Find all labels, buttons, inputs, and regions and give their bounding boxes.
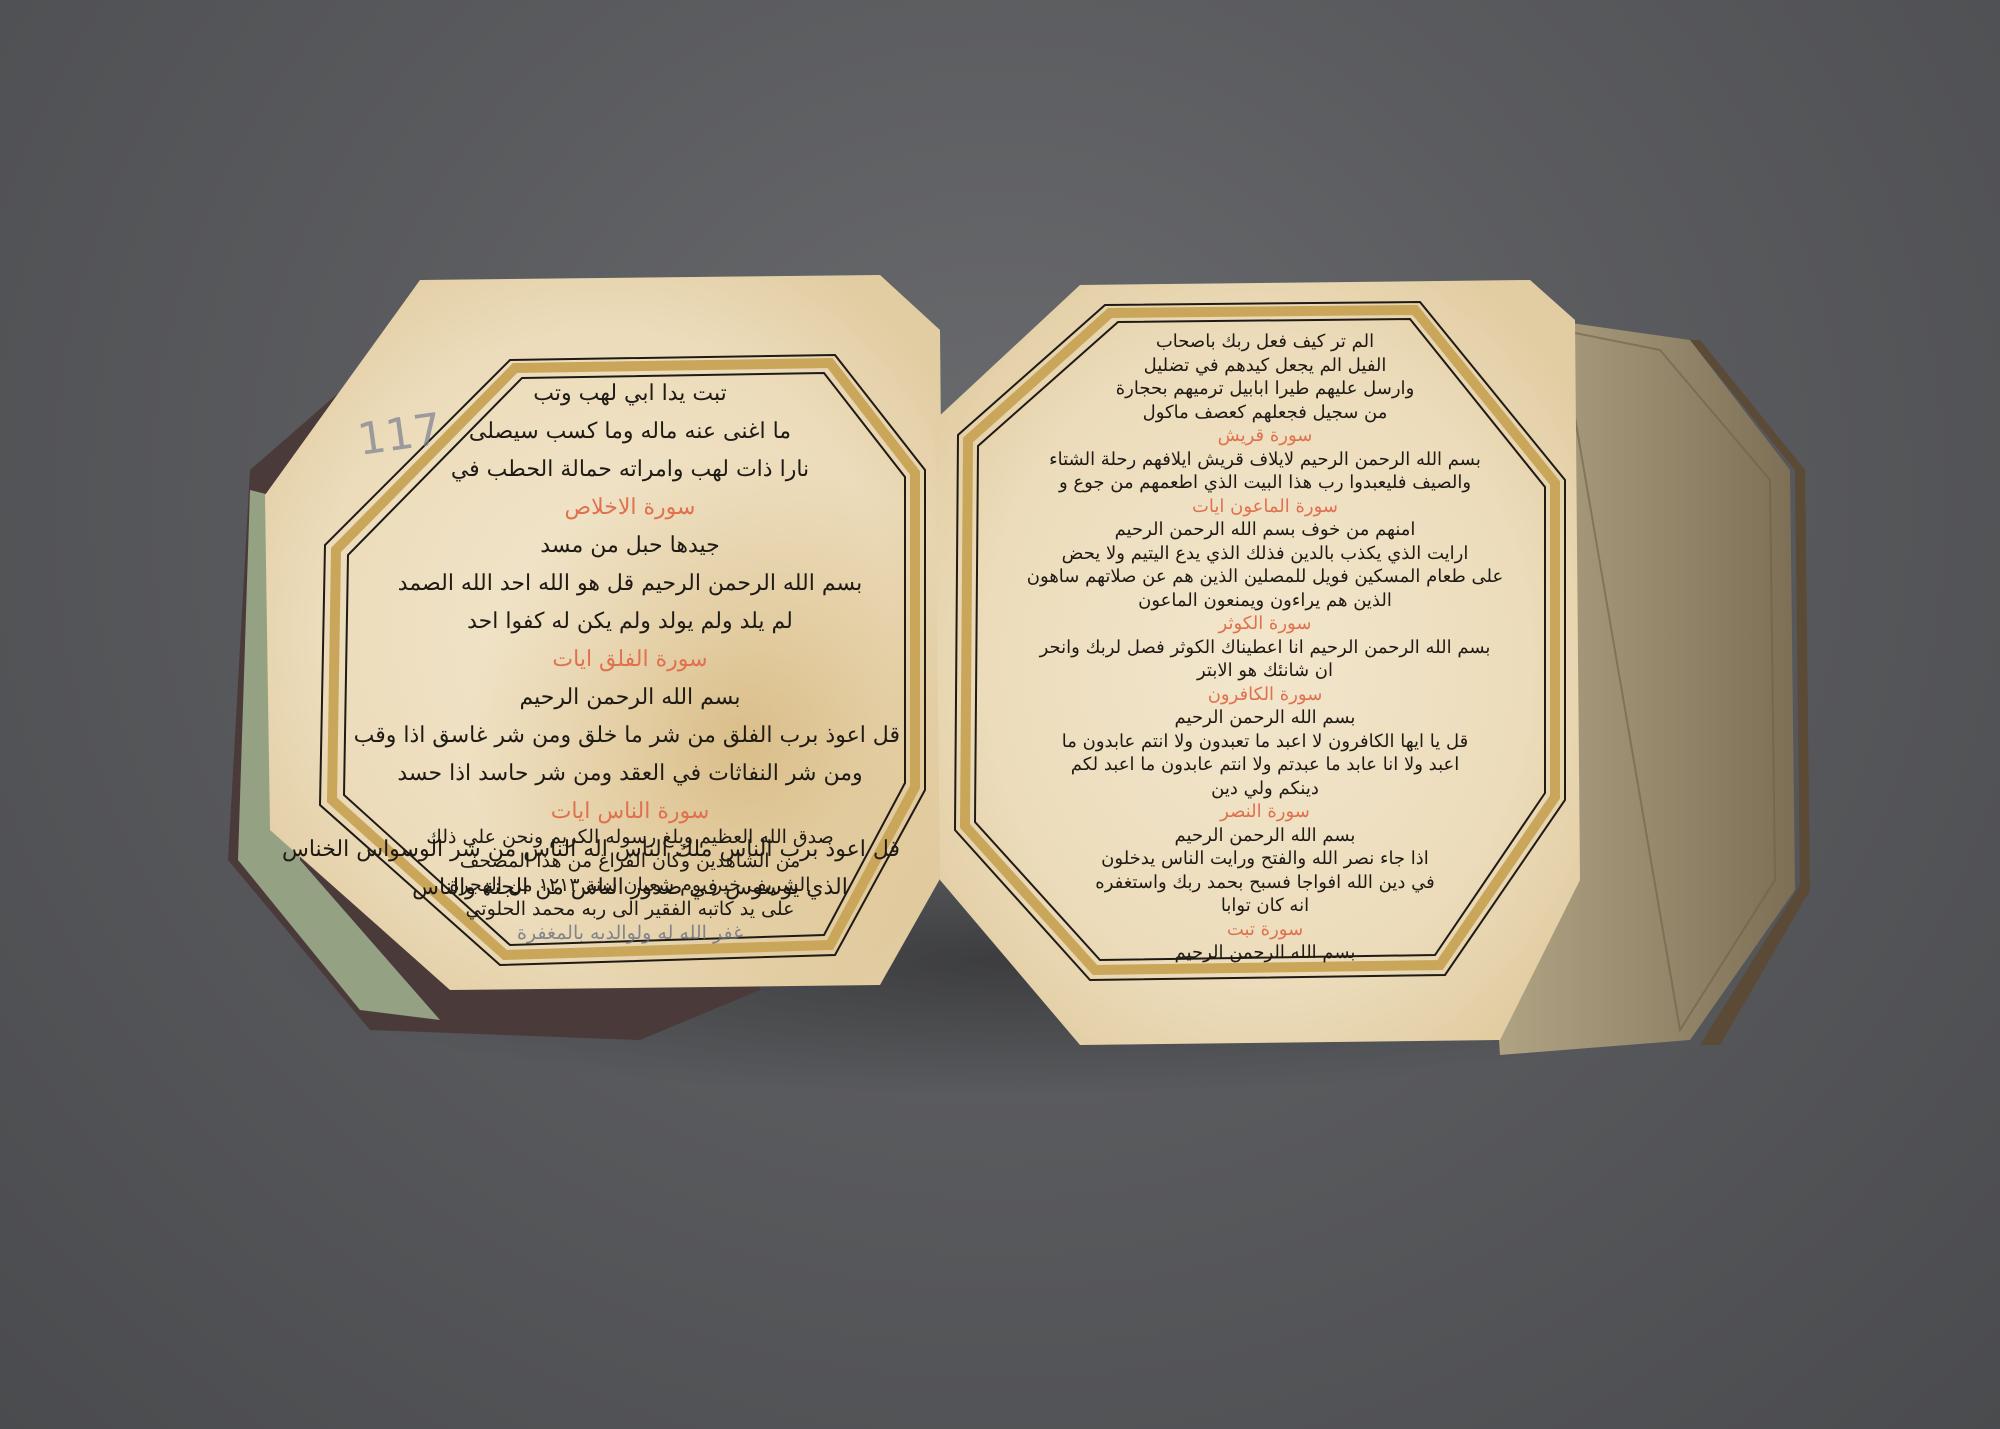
text-line: امنهم من خوف بسم الله الرحمن الرحيم	[985, 518, 1545, 542]
text-line: قل اعوذ برب الفلق من شر ما خلق ومن شر غا…	[360, 717, 900, 755]
text-line: الذين هم يراءون ويمنعون الماعون	[985, 589, 1545, 613]
text-line: والصيف فليعبدوا رب هذا البيت الذي اطعمهم…	[985, 471, 1545, 495]
colophon-line: من الشاهدين وكان الفراغ من هذا المصحف	[380, 849, 880, 873]
text-line: في دين الله افواجا فسبح بحمد ربك واستغفر…	[985, 871, 1545, 895]
text-line: بسم الله الرحمن الرحيم	[360, 679, 900, 717]
text-line: ومن شر النفاثات في العقد ومن شر حاسد اذا…	[360, 755, 900, 793]
text-line: بسم الله الرحمن الرحيم لايلاف قريش ايلاف…	[985, 448, 1545, 472]
text-line: جيدها حبل من مسد	[360, 527, 900, 565]
surah-heading: سورة الكافرون	[985, 683, 1545, 707]
text-line: دينكم ولي دين	[985, 777, 1545, 801]
text-line: بسم الله الرحمن الرحيم	[985, 941, 1545, 965]
right-page-text: الم تر كيف فعل ربك باصحاب الفيل الم يجعل…	[985, 330, 1545, 965]
text-line: اعبد ولا انا عابد ما عبدتم ولا انتم عابد…	[985, 753, 1545, 777]
surah-heading: سورة قريش	[985, 424, 1545, 448]
colophon-line: على يد كاتبه الفقير الى ربه محمد الحلوتي	[380, 897, 880, 921]
text-line: وارسل عليهم طيرا ابابيل ترميهم بحجارة	[985, 377, 1545, 401]
surah-heading: سورة تبت	[985, 918, 1545, 942]
text-line: تبت يدا ابي لهب وتب	[360, 375, 900, 413]
text-line: انه كان توابا	[985, 894, 1545, 918]
text-line: نارا ذات لهب وامراته حمالة الحطب في	[360, 451, 900, 489]
text-line: قل يا ايها الكافرون لا اعبد ما تعبدون ول…	[985, 730, 1545, 754]
colophon-line: صدق الله العظيم وبلغ رسوله الكريم ونحن ع…	[380, 825, 880, 849]
text-line: بسم الله الرحمن الرحيم قل هو الله احد ال…	[360, 565, 900, 603]
surah-heading: سورة الكوثر	[985, 612, 1545, 636]
text-line: بسم الله الرحمن الرحيم	[985, 706, 1545, 730]
colophon-line: غفر الله له ولوالديه بالمغفرة	[380, 921, 880, 945]
text-line: اذا جاء نصر الله والفتح ورايت الناس يدخل…	[985, 847, 1545, 871]
surah-heading: سورة النصر	[985, 800, 1545, 824]
text-line: الم تر كيف فعل ربك باصحاب	[985, 330, 1545, 354]
text-line: بسم الله الرحمن الرحيم انا اعطيناك الكوث…	[985, 636, 1545, 660]
text-line: ما اغنى عنه ماله وما كسب سيصلى	[360, 413, 900, 451]
text-line: لم يلد ولم يولد ولم يكن له كفوا احد	[360, 603, 900, 641]
text-line: بسم الله الرحمن الرحيم	[985, 824, 1545, 848]
text-line: من سجيل فجعلهم كعصف ماكول	[985, 401, 1545, 425]
surah-heading: سورة الماعون ايات	[985, 495, 1545, 519]
text-line: ارايت الذي يكذب بالدين فذلك الذي يدع الي…	[985, 542, 1545, 566]
surah-heading: سورة الفلق ايات	[360, 641, 900, 679]
colophon: صدق الله العظيم وبلغ رسوله الكريم ونحن ع…	[380, 825, 880, 945]
colophon-line: الشريف خير يوم شعبان سنة ١٢١٣ من الهجرة	[380, 873, 880, 897]
text-line: الفيل الم يجعل كيدهم في تضليل	[985, 354, 1545, 378]
photo-scene: 117 تبت يدا ابي لهب وتب ما اغنى عنه ماله…	[0, 0, 2000, 1429]
text-line: على طعام المسكين فويل للمصلين الذين هم ع…	[985, 565, 1545, 589]
text-line: ان شانئك هو الابتر	[985, 659, 1545, 683]
surah-heading: سورة الاخلاص	[360, 489, 900, 527]
